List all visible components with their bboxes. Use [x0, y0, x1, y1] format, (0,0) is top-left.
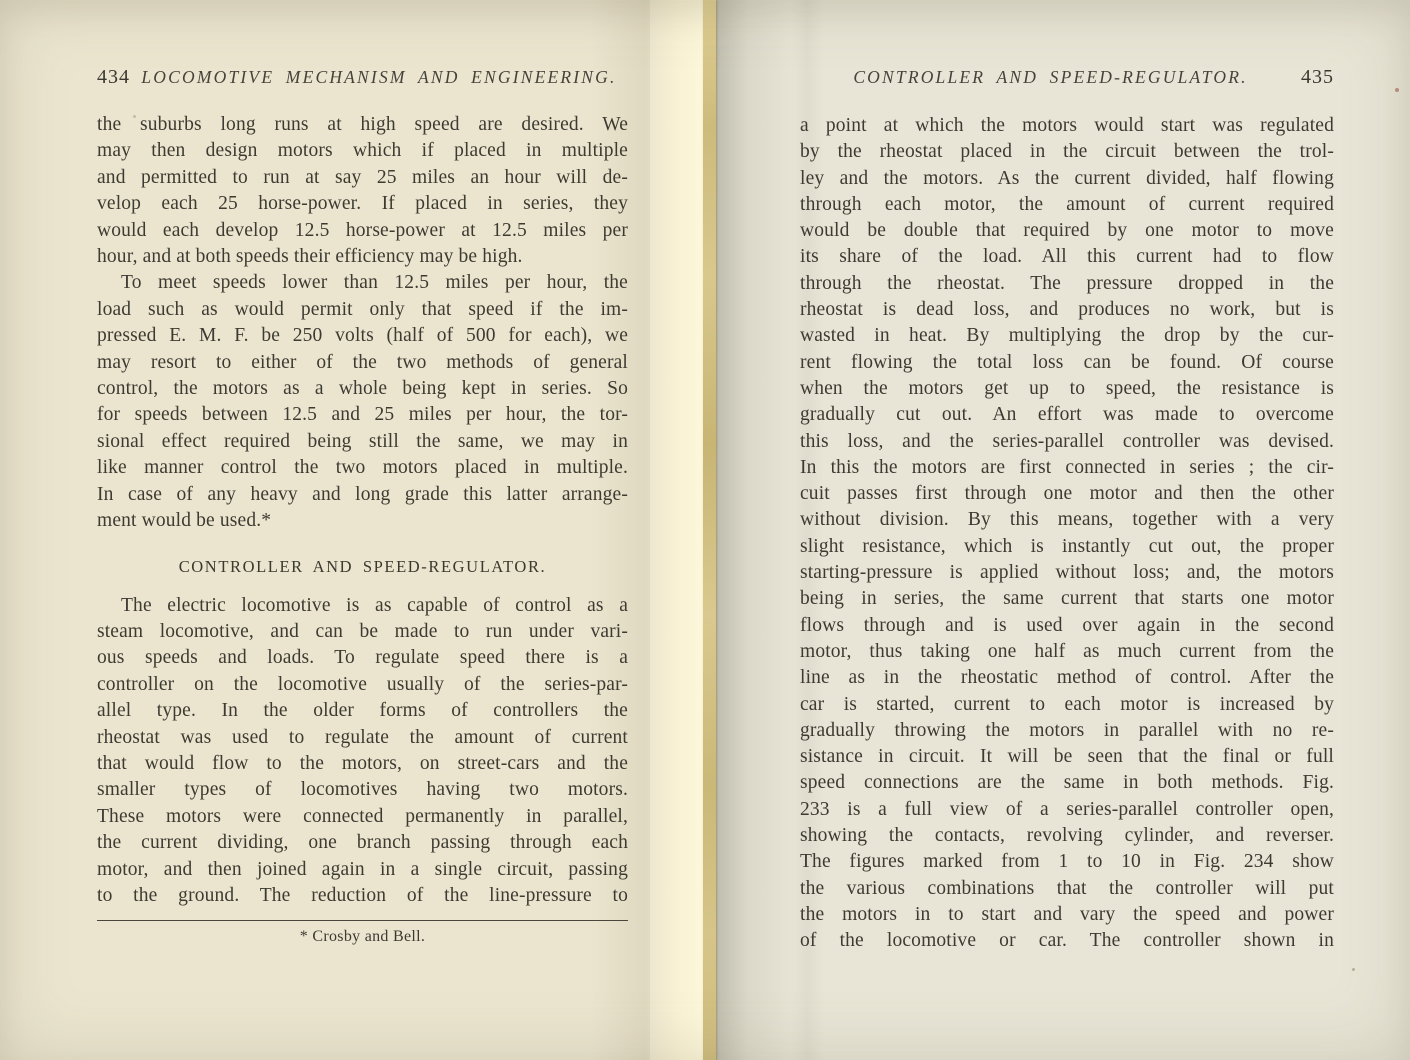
paper-speck — [1395, 88, 1399, 92]
body-line: would be double that required by one mot… — [800, 218, 1334, 244]
paper-speck — [1352, 968, 1355, 971]
footnote-rule — [97, 920, 628, 921]
body-line: starting-pressure is applied without los… — [800, 560, 1334, 586]
body-line: controller on the locomotive usually of … — [97, 672, 628, 698]
gutter-highlight — [645, 0, 705, 1060]
footnote: * Crosby and Bell. — [97, 927, 628, 947]
gutter-shadow-right — [716, 0, 796, 1060]
body-line: motor, and then joined again in a single… — [97, 857, 628, 883]
right-page-body: a point at which the motors would start … — [800, 113, 1334, 955]
body-line: load such as would permit only that spee… — [97, 297, 628, 323]
body-line: rheostat was used to regulate the amount… — [97, 725, 628, 751]
body-line: line as in the rheostatic method of cont… — [800, 665, 1334, 691]
body-line: a point at which the motors would start … — [800, 113, 1334, 139]
body-line: allel type. In the older forms of contro… — [97, 698, 628, 724]
right-running-title: CONTROLLER AND SPEED-REGULATOR. — [800, 67, 1301, 88]
body-line: gradually throwing the motors in paralle… — [800, 718, 1334, 744]
right-page-header: CONTROLLER AND SPEED-REGULATOR. 435 — [800, 66, 1334, 89]
body-line: sistance in circuit. It will be seen tha… — [800, 744, 1334, 770]
paper-speck — [133, 115, 136, 118]
body-line: smaller types of locomotives having two … — [97, 777, 628, 803]
left-running-title: LOCOMOTIVE MECHANISM AND ENGINEERING. — [130, 67, 628, 88]
body-line: These motors were connected permanently … — [97, 804, 628, 830]
left-page-number: 434 — [97, 66, 130, 89]
body-line: the current dividing, one branch passing… — [97, 830, 628, 856]
body-line: speed connections are the same in both m… — [800, 770, 1334, 796]
body-line: car is started, current to each motor is… — [800, 692, 1334, 718]
book-spread-scan: 434 LOCOMOTIVE MECHANISM AND ENGINEERING… — [0, 0, 1410, 1060]
body-line: In case of any heavy and long grade this… — [97, 482, 628, 508]
body-line: and permitted to run at say 25 miles an … — [97, 165, 628, 191]
body-line: being in series, the same current that s… — [800, 586, 1334, 612]
body-line: ous speeds and loads. To regulate speed … — [97, 645, 628, 671]
body-line: may then design motors which if placed i… — [97, 138, 628, 164]
body-line: of the locomotive or car. The controller… — [800, 928, 1334, 954]
body-line: 233 is a full view of a series-parallel … — [800, 797, 1334, 823]
body-line: like manner control the two motors place… — [97, 455, 628, 481]
body-line: The figures marked from 1 to 10 in Fig. … — [800, 849, 1334, 875]
body-line: slight resistance, which is instantly cu… — [800, 534, 1334, 560]
body-line: ley and the motors. As the current divid… — [800, 166, 1334, 192]
body-line: gradually cut out. An effort was made to… — [800, 402, 1334, 428]
body-line: sional effect required being still the s… — [97, 429, 628, 455]
body-line: rent flowing the total loss can be found… — [800, 350, 1334, 376]
left-page-header: 434 LOCOMOTIVE MECHANISM AND ENGINEERING… — [97, 66, 628, 89]
body-line: the various combinations that the contro… — [800, 876, 1334, 902]
body-line: hour, and at both speeds their efficienc… — [97, 244, 628, 270]
body-line: may resort to either of the two methods … — [97, 350, 628, 376]
body-line: the suburbs long runs at high speed are … — [97, 112, 628, 138]
body-line: through each motor, the amount of curren… — [800, 192, 1334, 218]
right-page-number: 435 — [1301, 66, 1334, 89]
body-line: for speeds between 12.5 and 25 miles per… — [97, 402, 628, 428]
body-line: control, the motors as a whole being kep… — [97, 376, 628, 402]
body-line: would each develop 12.5 horse-power at 1… — [97, 218, 628, 244]
body-line: by the rheostat placed in the circuit be… — [800, 139, 1334, 165]
body-line: To meet speeds lower than 12.5 miles per… — [97, 270, 628, 296]
body-line: flows through and is used over again in … — [800, 613, 1334, 639]
body-line: when the motors get up to speed, the res… — [800, 376, 1334, 402]
body-line: velop each 25 horse-power. If placed in … — [97, 191, 628, 217]
left-page-body: the suburbs long runs at high speed are … — [97, 112, 628, 947]
body-line: cuit passes first through one motor and … — [800, 481, 1334, 507]
page-edge-line — [703, 0, 716, 1060]
body-line: showing the contacts, revolving cylinder… — [800, 823, 1334, 849]
body-line: wasted in heat. By multiplying the drop … — [800, 323, 1334, 349]
body-line: In this the motors are first connected i… — [800, 455, 1334, 481]
body-line: motor, thus taking one half as much curr… — [800, 639, 1334, 665]
body-line: steam locomotive, and can be made to run… — [97, 619, 628, 645]
body-line: the motors in to start and vary the spee… — [800, 902, 1334, 928]
section-heading: CONTROLLER AND SPEED-REGULATOR. — [97, 557, 628, 577]
body-line: that would flow to the motors, on street… — [97, 751, 628, 777]
body-line: pressed E. M. F. be 250 volts (half of 5… — [97, 323, 628, 349]
body-line: through the rheostat. The pressure dropp… — [800, 271, 1334, 297]
body-line: without division. By this means, togethe… — [800, 507, 1334, 533]
body-line: rheostat is dead loss, and produces no w… — [800, 297, 1334, 323]
body-line: The electric locomotive is as capable of… — [97, 593, 628, 619]
body-line: to the ground. The reduction of the line… — [97, 883, 628, 909]
body-line: ment would be used.* — [97, 508, 628, 534]
body-line: its share of the load. All this current … — [800, 244, 1334, 270]
body-line: this loss, and the series-parallel contr… — [800, 429, 1334, 455]
